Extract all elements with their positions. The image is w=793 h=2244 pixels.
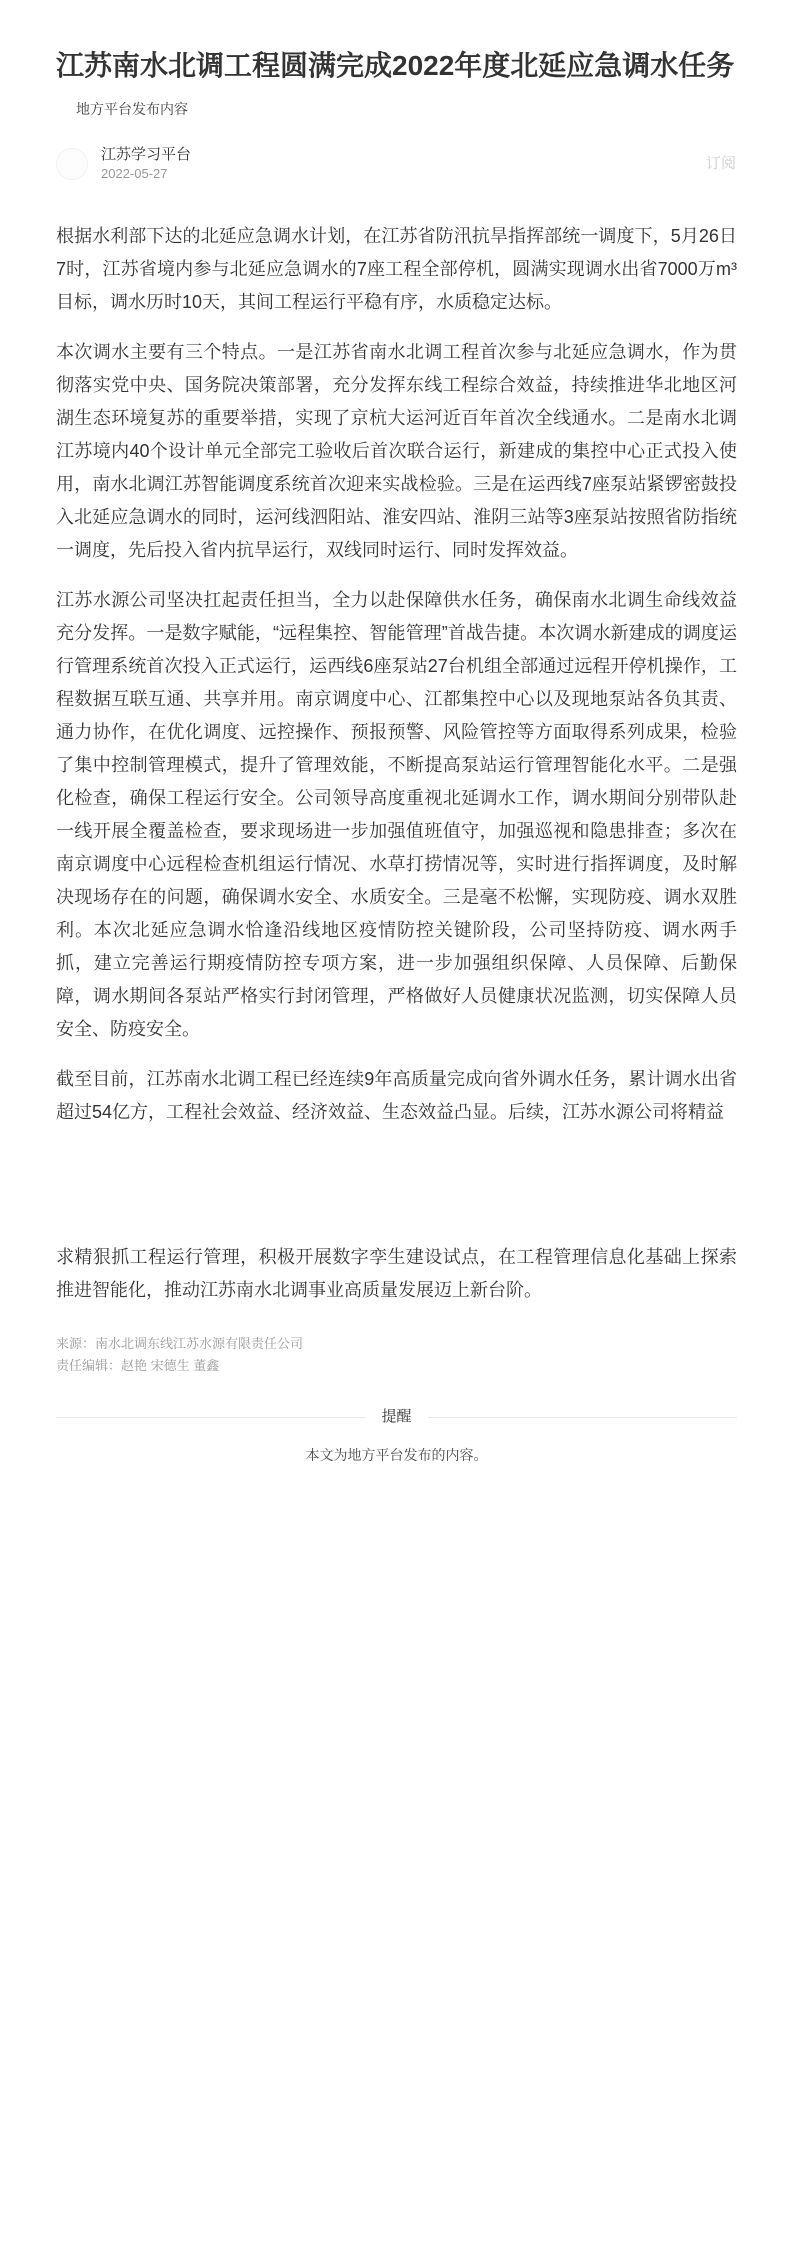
article-meta-block: 来源：南水北调东线江苏水源有限责任公司 责任编辑：赵艳 宋德生 董鑫	[56, 1333, 737, 1377]
paragraph-3: 江苏水源公司坚决扛起责任担当，全力以赴保障供水任务，确保南水北调生命线效益充分发…	[56, 584, 737, 1046]
subscribe-button[interactable]: 订阅	[706, 155, 736, 173]
article-page: { "page": { "title": "江苏南水北调工程圆满完成2022年度…	[0, 0, 793, 2244]
source-line: 来源：南水北调东线江苏水源有限责任公司	[56, 1333, 737, 1355]
author-row: 江苏学习平台 2022-05-27 订阅	[56, 146, 737, 182]
author-name[interactable]: 江苏学习平台	[101, 146, 191, 164]
divider-line-right	[428, 1417, 738, 1418]
paragraph-2: 本次调水主要有三个特点。一是江苏省南水北调工程首次参与北延应急调水，作为贯彻落实…	[56, 336, 737, 567]
page-title: 江苏南水北调工程圆满完成2022年度北延应急调水任务	[56, 0, 737, 86]
author-avatar[interactable]	[56, 148, 88, 180]
publish-date: 2022-05-27	[101, 166, 191, 182]
category-tag: 地方平台发布内容	[56, 100, 737, 118]
paragraph-5: 求精狠抓工程运行管理，积极开展数字孪生建设试点，在工程管理信息化基础上探索推进智…	[56, 1241, 737, 1307]
reminder-label: 提醒	[366, 1407, 428, 1427]
paragraph-4: 截至目前，江苏南水北调工程已经连续9年高质量完成向省外调水任务，累计调水出省超过…	[56, 1063, 737, 1129]
reminder-divider: 提醒	[56, 1407, 737, 1427]
empty-media-gap	[56, 1146, 737, 1241]
article-content: 江苏南水北调工程圆满完成2022年度北延应急调水任务 地方平台发布内容 江苏学习…	[56, 0, 737, 1465]
editors-line: 责任编辑：赵艳 宋德生 董鑫	[56, 1355, 737, 1377]
article-body: 根据水利部下达的北延应急调水计划，在江苏省防汛抗旱指挥部统一调度下，5月26日7…	[56, 220, 737, 1307]
reminder-note: 本文为地方平台发布的内容。	[56, 1445, 737, 1465]
paragraph-1: 根据水利部下达的北延应急调水计划，在江苏省防汛抗旱指挥部统一调度下，5月26日7…	[56, 220, 737, 319]
divider-line-left	[56, 1417, 366, 1418]
author-meta: 江苏学习平台 2022-05-27	[101, 146, 191, 182]
